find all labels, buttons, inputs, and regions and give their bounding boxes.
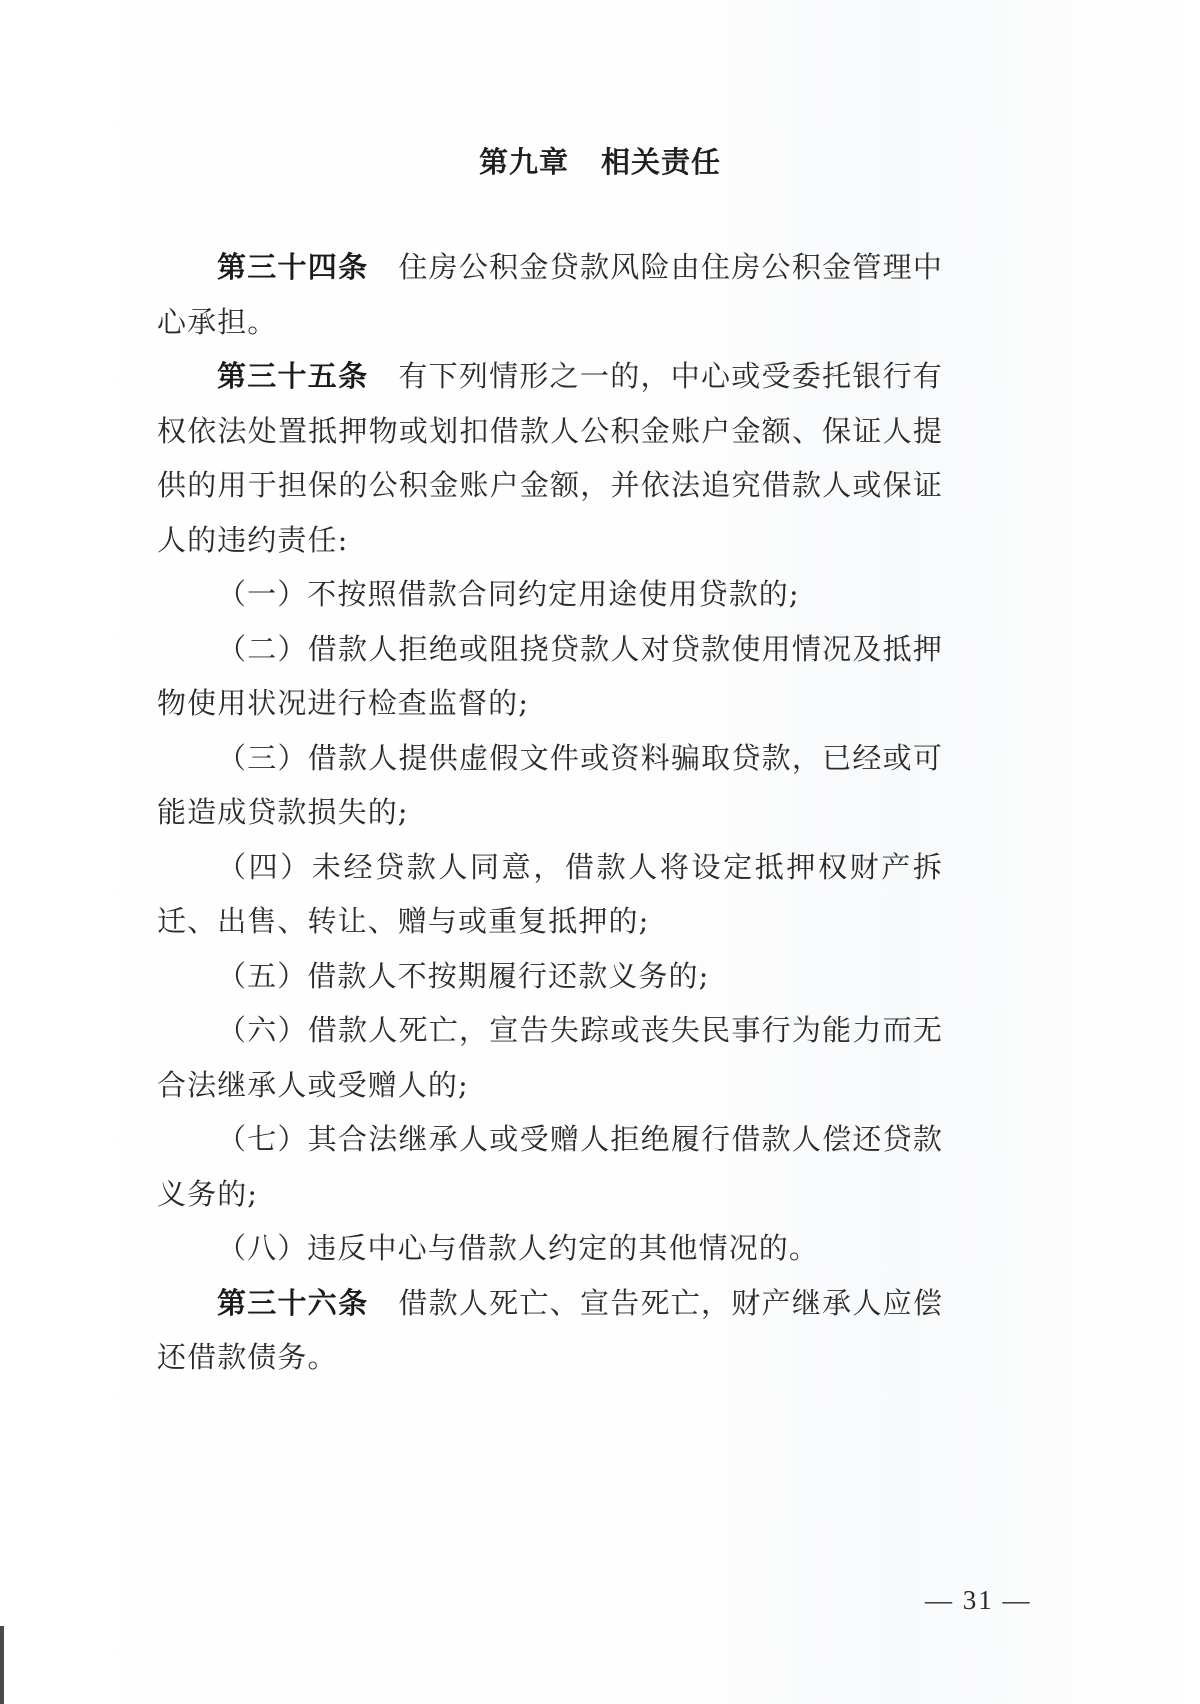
list-item: （二）借款人拒绝或阻挠贷款人对贷款使用情况及抵押物使用状况进行检查监督的;: [157, 622, 943, 731]
article-label: 第三十四条: [217, 250, 368, 284]
list-item: （八）违反中心与借款人约定的其他情况的。: [157, 1221, 943, 1276]
list-item: （五）借款人不按期履行还款义务的;: [157, 949, 943, 1004]
chapter-title: 第九章相关责任: [0, 140, 1200, 181]
list-item: （三）借款人提供虚假文件或资料骗取贷款，已经或可能造成贷款损失的;: [157, 731, 943, 840]
chapter-name: 相关责任: [601, 145, 721, 179]
scan-edge-mark: [0, 1626, 4, 1704]
article-label: 第三十五条: [217, 359, 368, 393]
list-item: （六）借款人死亡，宣告失踪或丧失民事行为能力而无合法继承人或受赠人的;: [157, 1003, 943, 1112]
list-item: （一）不按照借款合同约定用途使用贷款的;: [157, 567, 943, 622]
article-label: 第三十六条: [217, 1286, 368, 1320]
document-body: 第三十四条住房公积金贷款风险由住房公积金管理中心承担。 第三十五条有下列情形之一…: [157, 240, 943, 1385]
document-page: 第九章相关责任 第三十四条住房公积金贷款风险由住房公积金管理中心承担。 第三十五…: [0, 0, 1200, 1704]
article-34: 第三十四条住房公积金贷款风险由住房公积金管理中心承担。: [157, 240, 943, 349]
article-36: 第三十六条借款人死亡、宣告死亡，财产继承人应偿还借款债务。: [157, 1276, 943, 1385]
page-number: — 31 —: [925, 1585, 1032, 1616]
list-item: （四）未经贷款人同意，借款人将设定抵押权财产拆迁、出售、转让、赠与或重复抵押的;: [157, 840, 943, 949]
list-item: （七）其合法继承人或受赠人拒绝履行借款人偿还贷款义务的;: [157, 1112, 943, 1221]
chapter-number: 第九章: [479, 145, 569, 179]
article-35: 第三十五条有下列情形之一的，中心或受委托银行有权依法处置抵押物或划扣借款人公积金…: [157, 349, 943, 567]
